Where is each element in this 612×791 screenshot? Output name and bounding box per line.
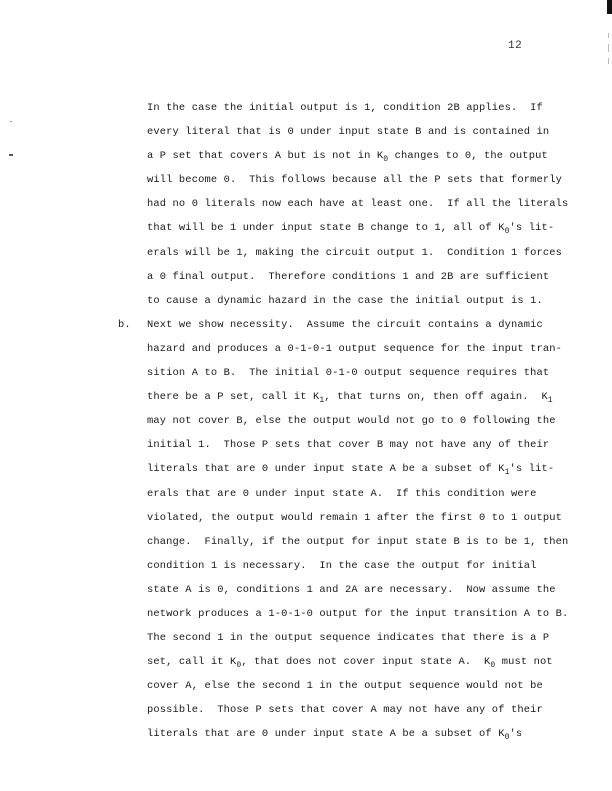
text-run: there be a P set, call it K (147, 391, 319, 403)
text-run: violated, the output would remain 1 afte… (147, 512, 562, 524)
text-run: cover A, else the second 1 in the output… (147, 680, 543, 692)
text-line: will become 0. This follows because all … (147, 168, 567, 192)
text-run: The second 1 in the output sequence indi… (147, 632, 549, 644)
text-line: erals will be 1, making the circuit outp… (147, 241, 567, 265)
text-run: change. Finally, if the output for input… (147, 536, 568, 548)
text-run: 's lit- (510, 463, 555, 475)
text-run: set, call it K (147, 656, 236, 668)
document-page: 12 In the case the initial output is 1, … (0, 0, 612, 791)
text-line: hazard and produces a 0-1-0-1 output seq… (147, 337, 567, 361)
text-run: possible. Those P sets that cover A may … (147, 704, 543, 716)
text-run: that will be 1 under input state B chang… (147, 222, 505, 234)
text-line: every literal that is 0 under input stat… (147, 120, 567, 144)
scan-edge-tick (608, 58, 609, 64)
text-run: In the case the initial output is 1, con… (147, 102, 543, 114)
text-run: a P set that covers A but is not in K (147, 150, 383, 162)
margin-speck (9, 154, 13, 156)
page-number: 12 (508, 40, 522, 52)
text-line: initial 1. Those P sets that cover B may… (147, 433, 567, 457)
text-run: 's (510, 728, 523, 740)
text-run: network produces a 1-0-1-0 output for th… (147, 608, 568, 620)
text-run: state A is 0, conditions 1 and 2A are ne… (147, 584, 556, 596)
text-line: violated, the output would remain 1 afte… (147, 506, 567, 530)
text-line: set, call it K0, that does not cover inp… (147, 650, 567, 674)
text-run: 's lit- (510, 222, 555, 234)
text-run: , that turns on, then off again. K (324, 391, 548, 403)
text-line: erals that are 0 under input state A. If… (147, 482, 567, 506)
text-line: that will be 1 under input state B chang… (147, 216, 567, 240)
text-line: had no 0 literals now each have at least… (147, 192, 567, 216)
text-run: to cause a dynamic hazard in the case th… (147, 295, 543, 307)
text-line: possible. Those P sets that cover A may … (147, 698, 567, 722)
text-line: to cause a dynamic hazard in the case th… (147, 289, 567, 313)
text-run: hazard and produces a 0-1-0-1 output seq… (147, 343, 562, 355)
text-run: literals that are 0 under input state A … (147, 463, 505, 475)
text-run: erals will be 1, making the circuit outp… (147, 247, 562, 259)
text-run: Next we show necessity. Assume the circu… (147, 319, 543, 331)
text-line: there be a P set, call it K1, that turns… (147, 385, 567, 409)
text-run: erals that are 0 under input state A. If… (147, 488, 537, 500)
text-run: changes to 0, the output (388, 150, 548, 162)
text-line: condition 1 is necessary. In the case th… (147, 554, 567, 578)
text-line: change. Finally, if the output for input… (147, 530, 567, 554)
text-line: In the case the initial output is 1, con… (147, 96, 567, 120)
text-line: may not cover B, else the output would n… (147, 409, 567, 433)
scan-edge-tick (608, 33, 609, 38)
text-line: sition A to B. The initial 0-1-0 output … (147, 361, 567, 385)
text-run: will become 0. This follows because all … (147, 174, 562, 186)
list-item-line: b.Next we show necessity. Assume the cir… (118, 313, 567, 337)
body-text: In the case the initial output is 1, con… (147, 96, 567, 747)
text-line: The second 1 in the output sequence indi… (147, 626, 567, 650)
text-run: may not cover B, else the output would n… (147, 415, 556, 427)
text-run: a 0 final output. Therefore conditions 1… (147, 271, 549, 283)
scan-edge-mark (607, 0, 612, 14)
text-run: sition A to B. The initial 0-1-0 output … (147, 367, 549, 379)
text-line: network produces a 1-0-1-0 output for th… (147, 602, 567, 626)
text-line: literals that are 0 under input state A … (147, 457, 567, 481)
text-run: condition 1 is necessary. In the case th… (147, 560, 537, 572)
text-run: had no 0 literals now each have at least… (147, 198, 568, 210)
text-line: literals that are 0 under input state A … (147, 722, 567, 746)
text-line: a P set that covers A but is not in K0 c… (147, 144, 567, 168)
list-marker: b. (118, 313, 147, 337)
text-run: , that does not cover input state A. K (241, 656, 490, 668)
text-run: must not (495, 656, 552, 668)
subscript: 1 (548, 396, 553, 405)
text-line: state A is 0, conditions 1 and 2A are ne… (147, 578, 567, 602)
text-line: cover A, else the second 1 in the output… (147, 674, 567, 698)
text-line: a 0 final output. Therefore conditions 1… (147, 265, 567, 289)
text-run: literals that are 0 under input state A … (147, 728, 505, 740)
text-run: every literal that is 0 under input stat… (147, 126, 549, 138)
scan-edge-tick (608, 44, 609, 52)
text-run: initial 1. Those P sets that cover B may… (147, 439, 549, 451)
margin-speck (10, 121, 12, 122)
